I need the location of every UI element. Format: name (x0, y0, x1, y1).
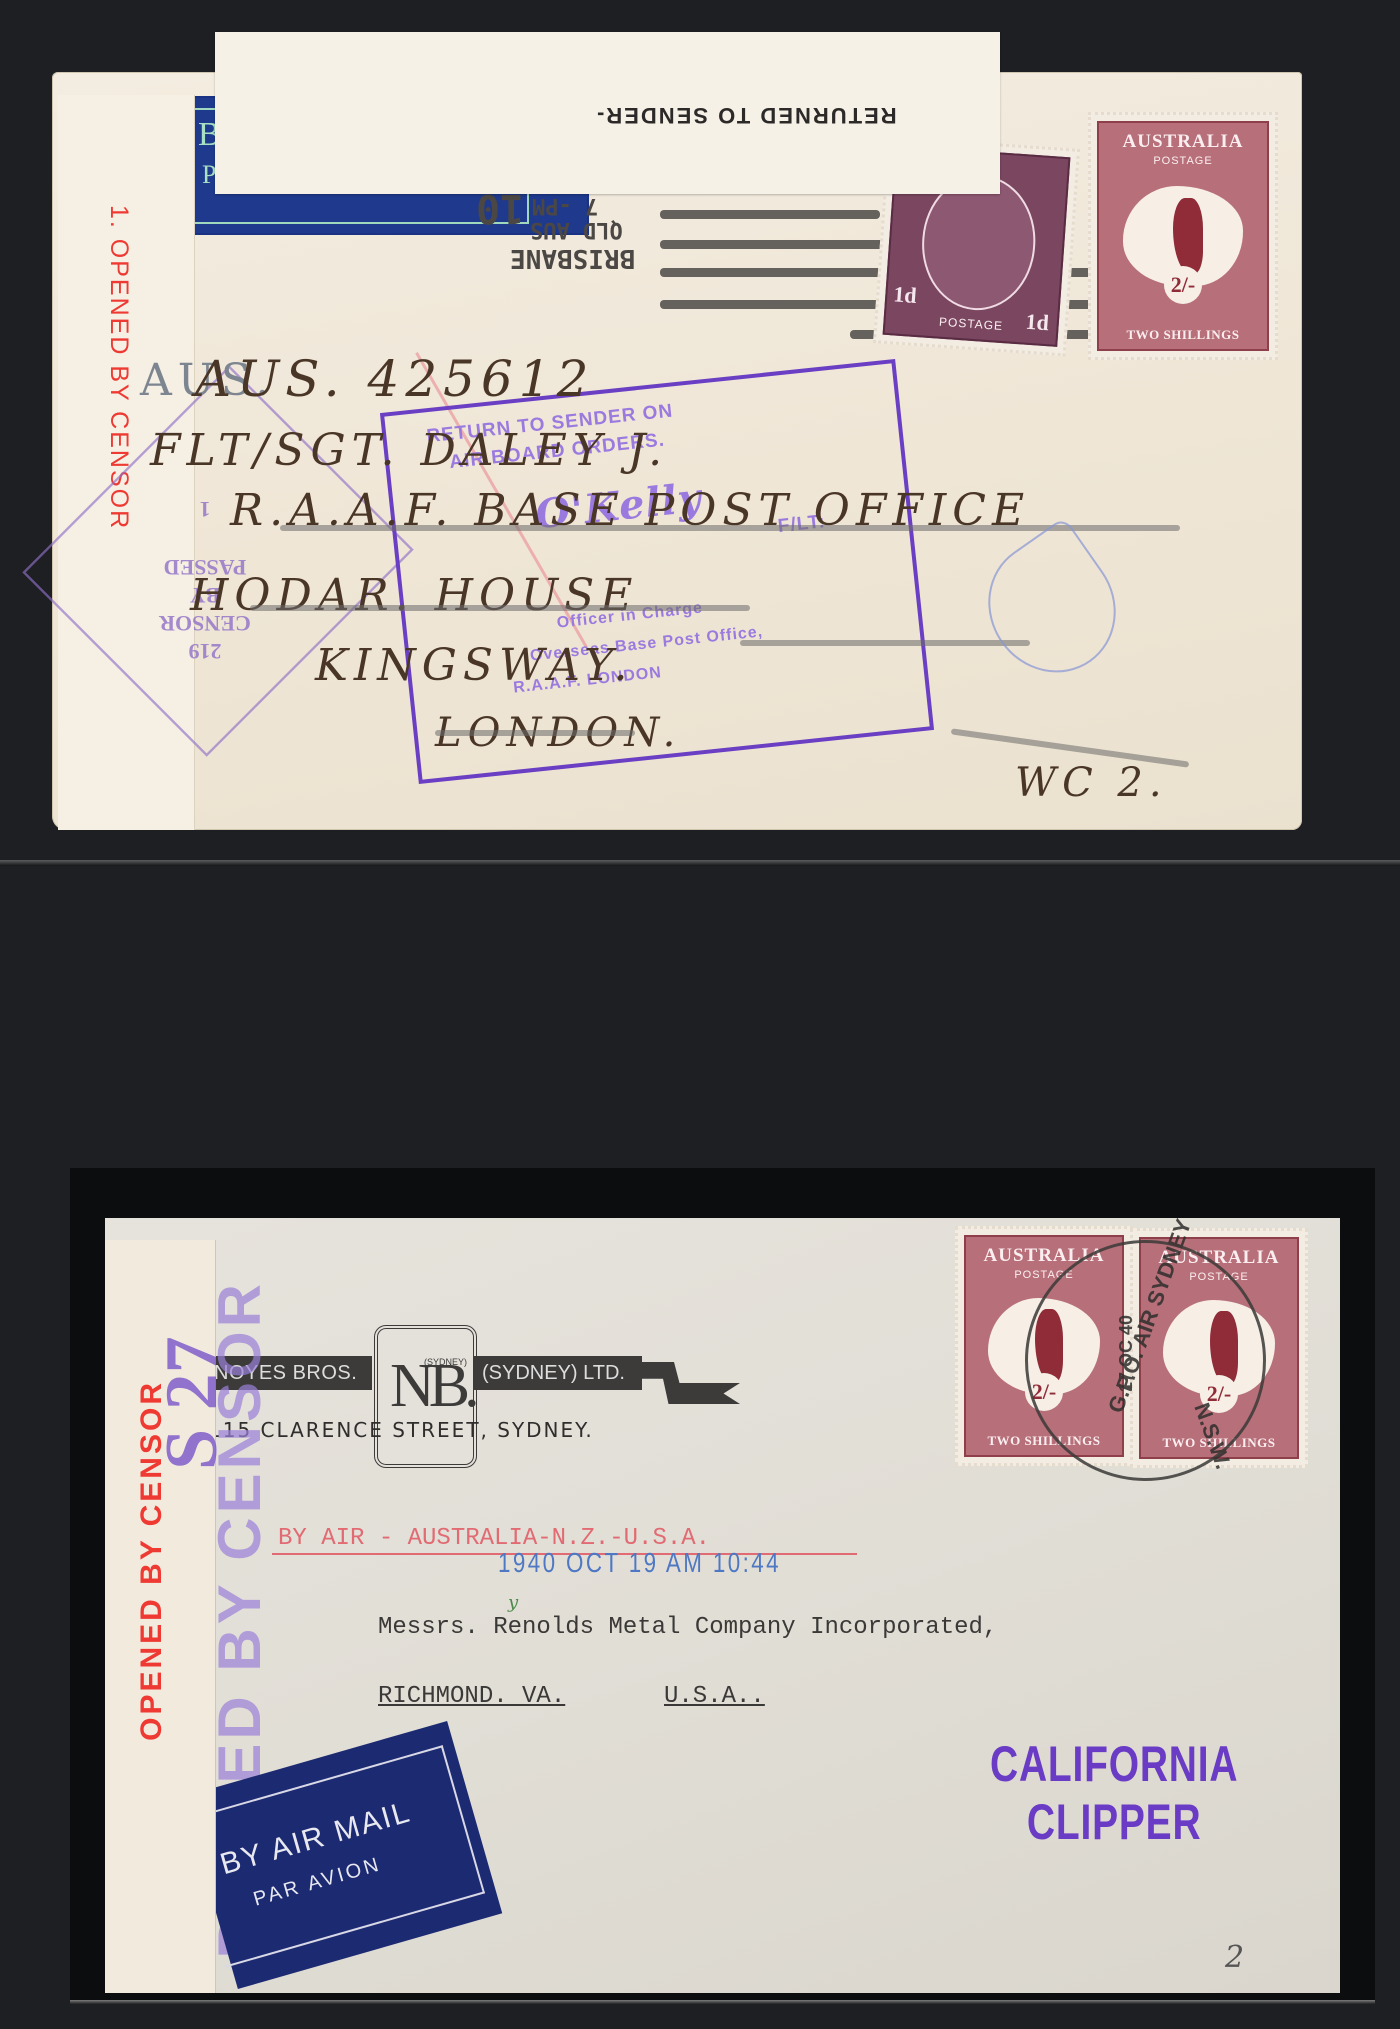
address-line-5: KINGSWAY. (315, 640, 633, 691)
pencil-strikethrough (435, 730, 635, 736)
address-country: U.S.A.. (664, 1683, 765, 1710)
pencil-strikethrough (250, 605, 750, 611)
pencil-strikethrough (740, 640, 1030, 646)
album-sleeve-edge (0, 860, 1400, 866)
address-line-4: HODAR. HOUSE (190, 570, 638, 621)
returned-to-sender-text: RETURNED TO SENDER- (595, 102, 897, 128)
letterhead-company-right: (SYDNEY) LTD. (474, 1356, 642, 1390)
postmark-state: QLD AUS (530, 217, 623, 242)
stamp-2s-kangaroo: AUSTRALIA POSTAGE 2/- TWO SHILLINGS (1088, 112, 1278, 360)
california-clipper-cachet: CALIFORNIA CLIPPER (990, 1735, 1238, 1851)
stamp-value-left: 1d (893, 281, 918, 309)
postmark-city: BRISBANE (510, 243, 635, 273)
address-city: RICHMOND. VA. (378, 1683, 565, 1710)
address-line-7: WC 2. (1015, 760, 1168, 806)
pencil-note: 2 (1225, 1940, 1244, 1975)
censor-number-stamp: S 27 (150, 1336, 235, 1470)
postmark-date: 17 OC 40 (1116, 1315, 1137, 1392)
stamp-value: 2/- (1164, 266, 1202, 304)
returned-to-sender-label: RETURNED TO SENDER- (215, 32, 1000, 194)
address-line-1: AUS. 425612 (195, 350, 594, 408)
stamp-denomination: TWO SHILLINGS (1099, 327, 1267, 343)
logo-small-text: (SYDNEY) (424, 1357, 467, 1367)
killer-bar (660, 240, 890, 249)
receiving-datestamp: 1940 OCT 19 AM 10:44 (498, 1547, 781, 1579)
address-correction: y (508, 1592, 518, 1613)
postmark-time: 7 -PM (532, 193, 598, 218)
letterhead-nb-logo: NB. (SYDNEY) (374, 1325, 477, 1468)
killer-bar (660, 210, 880, 219)
stamp-postage-label: POSTAGE (1099, 155, 1267, 167)
stamp-country: AUSTRALIA (1099, 131, 1267, 153)
postmark-state: N.S.W. (1188, 1399, 1236, 1472)
address-line-2: FLT/SGT. DALEY J. (150, 425, 668, 476)
address-line-1: Messrs. Renolds Metal Company Incorporat… (378, 1614, 997, 1641)
album-sleeve-edge (70, 2000, 1375, 2004)
sydney-air-postmark: G.P.O. AIR SYDNEY N.S.W. 17 OC 40 (1025, 1240, 1266, 1481)
